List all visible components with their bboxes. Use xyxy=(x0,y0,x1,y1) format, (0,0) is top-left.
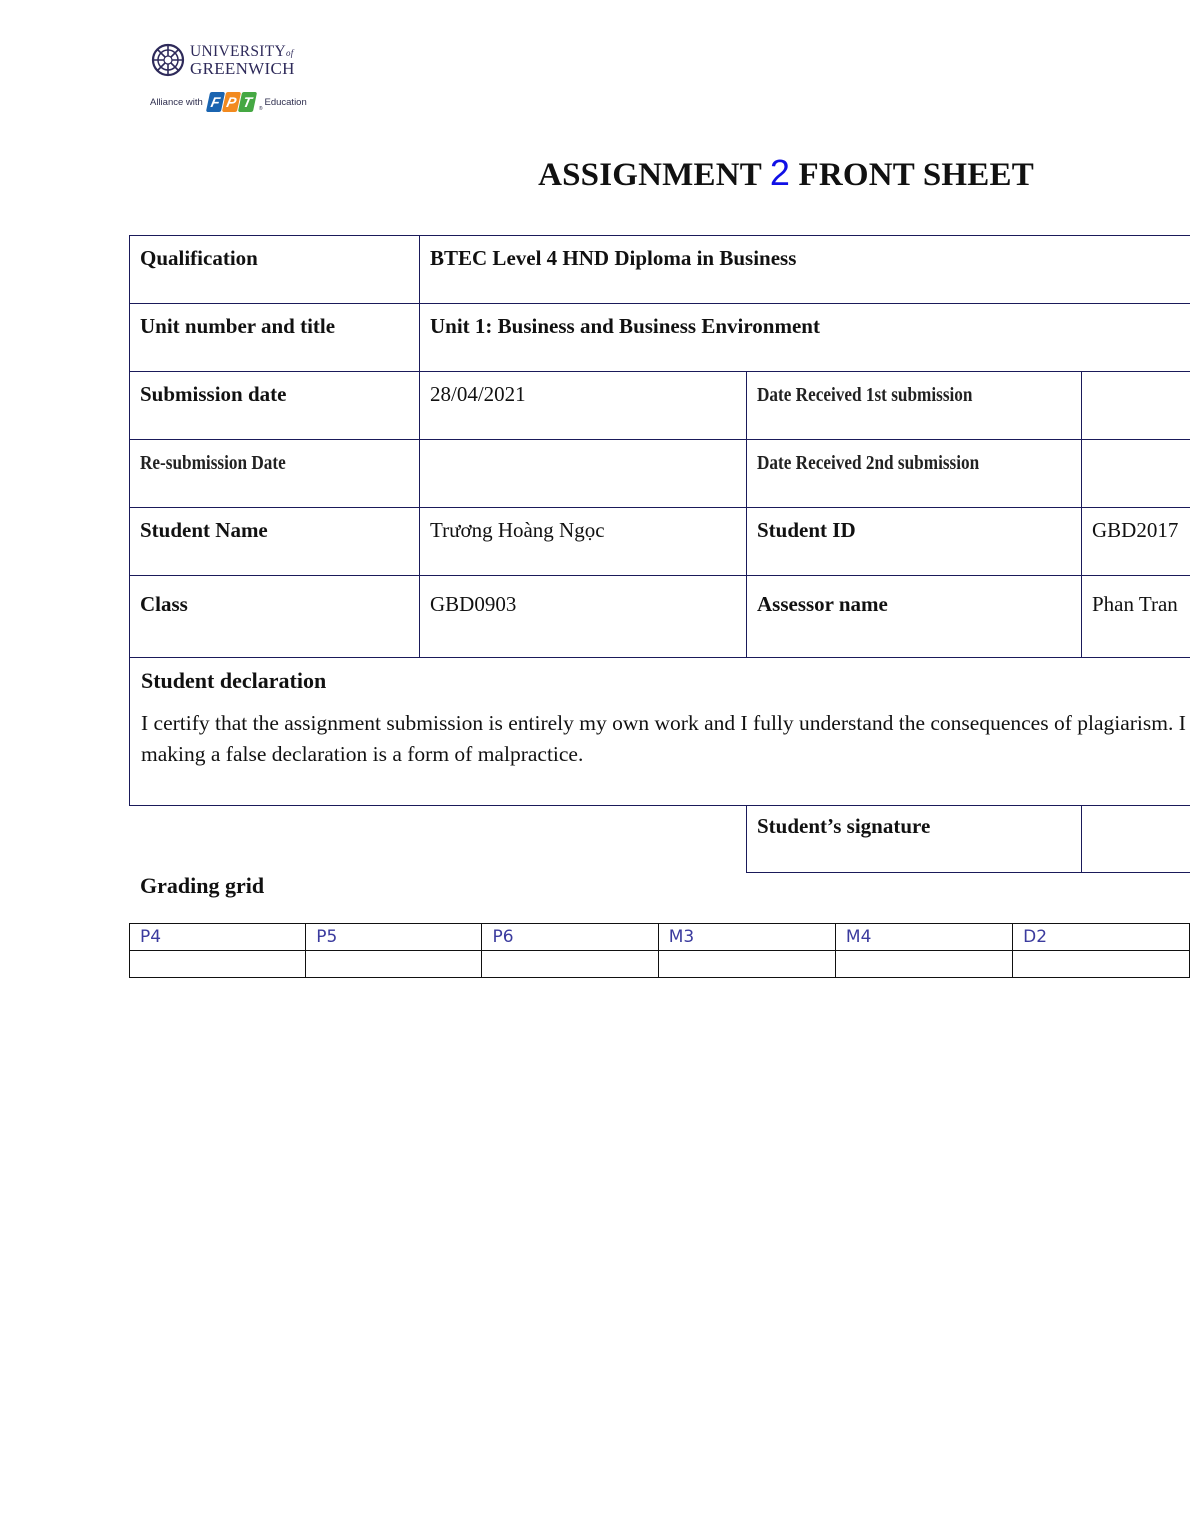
grade-p6-header: P6 xyxy=(482,924,658,951)
student-id-label: Student ID xyxy=(746,508,1081,576)
qualification-label: Qualification xyxy=(129,236,419,304)
fpt-letter-t: T xyxy=(238,92,257,112)
unit-value: Unit 1: Business and Business Environmen… xyxy=(419,304,1190,372)
grade-m3-header: M3 xyxy=(658,924,835,951)
title-suffix: FRONT SHEET xyxy=(799,157,1034,193)
grade-m4-header: M4 xyxy=(835,924,1012,951)
assessor-value[interactable]: Phan Tran xyxy=(1081,576,1190,658)
grade-m4-value[interactable] xyxy=(835,951,1012,978)
grade-p4-value[interactable] xyxy=(130,951,306,978)
signature-row: Student’s signature xyxy=(746,806,1190,873)
university-of: of xyxy=(286,48,294,58)
student-name-label: Student Name xyxy=(129,508,419,576)
row-unit: Unit number and title Unit 1: Business a… xyxy=(129,303,1190,372)
resubmission-date-value[interactable] xyxy=(419,440,746,508)
date-received-2-value[interactable] xyxy=(1081,440,1190,508)
signature-label: Student’s signature xyxy=(747,806,1082,872)
grade-p5-header: P5 xyxy=(306,924,482,951)
compass-rose-icon xyxy=(150,42,186,78)
grading-grid-title: Grading grid xyxy=(140,873,264,899)
date-received-1-value[interactable] xyxy=(1081,372,1190,440)
grade-p6-value[interactable] xyxy=(482,951,658,978)
declaration-text: I certify that the assignment submission… xyxy=(141,708,1190,770)
row-qualification: Qualification BTEC Level 4 HND Diploma i… xyxy=(129,235,1190,304)
grade-p5-value[interactable] xyxy=(306,951,482,978)
university-logo: UNIVERSITYof GREENWICH Alliance with F P… xyxy=(150,42,320,127)
student-declaration: Student declaration I certify that the a… xyxy=(129,657,1190,806)
grading-grid: P4 P5 P6 M3 M4 D2 xyxy=(129,923,1190,978)
submission-date-value[interactable]: 28/04/2021 xyxy=(419,372,746,440)
university-line2: GREENWICH xyxy=(190,61,295,76)
date-received-2-label: Date Received 2nd submission xyxy=(757,452,979,475)
registered-icon: ® xyxy=(259,106,263,112)
declaration-line-2: making a false declaration is a form of … xyxy=(141,739,1190,770)
title-prefix: ASSIGNMENT xyxy=(538,157,761,193)
fpt-alliance: Alliance with F P T ® Education xyxy=(150,92,320,112)
greenwich-logo: UNIVERSITYof GREENWICH xyxy=(150,42,320,78)
university-line1: UNIVERSITY xyxy=(190,43,286,60)
student-id-value[interactable]: GBD2017 xyxy=(1081,508,1190,576)
date-received-1-label: Date Received 1st submission xyxy=(757,384,972,407)
class-label: Class xyxy=(129,576,419,658)
qualification-value: BTEC Level 4 HND Diploma in Business xyxy=(419,236,1190,304)
grading-header-row: P4 P5 P6 M3 M4 D2 xyxy=(130,924,1190,951)
grade-d2-header: D2 xyxy=(1013,924,1190,951)
assessor-label: Assessor name xyxy=(746,576,1081,658)
class-value[interactable]: GBD0903 xyxy=(419,576,746,658)
row-resubmission: Re-submission Date Date Received 2nd sub… xyxy=(129,439,1190,508)
grade-p4-header: P4 xyxy=(130,924,306,951)
declaration-line-1: I certify that the assignment submission… xyxy=(141,708,1190,739)
resubmission-date-label: Re-submission Date xyxy=(140,452,286,475)
row-class: Class GBD0903 Assessor name Phan Tran xyxy=(129,575,1190,658)
page-title: ASSIGNMENT 2 FRONT SHEET xyxy=(0,152,1190,194)
submission-date-label: Submission date xyxy=(129,372,419,440)
title-number: 2 xyxy=(770,152,790,193)
declaration-title: Student declaration xyxy=(141,668,1190,694)
student-name-value[interactable]: Trương Hoàng Ngọc xyxy=(419,508,746,576)
grading-value-row xyxy=(130,951,1190,978)
fpt-suffix: Education xyxy=(265,97,307,108)
grade-d2-value[interactable] xyxy=(1013,951,1190,978)
row-student: Student Name Trương Hoàng Ngọc Student I… xyxy=(129,507,1190,576)
row-submission: Submission date 28/04/2021 Date Received… xyxy=(129,371,1190,440)
grade-m3-value[interactable] xyxy=(658,951,835,978)
unit-label: Unit number and title xyxy=(129,304,419,372)
fpt-logo: F P T xyxy=(208,92,256,112)
signature-field[interactable] xyxy=(1082,806,1190,872)
alliance-text: Alliance with xyxy=(150,97,203,108)
